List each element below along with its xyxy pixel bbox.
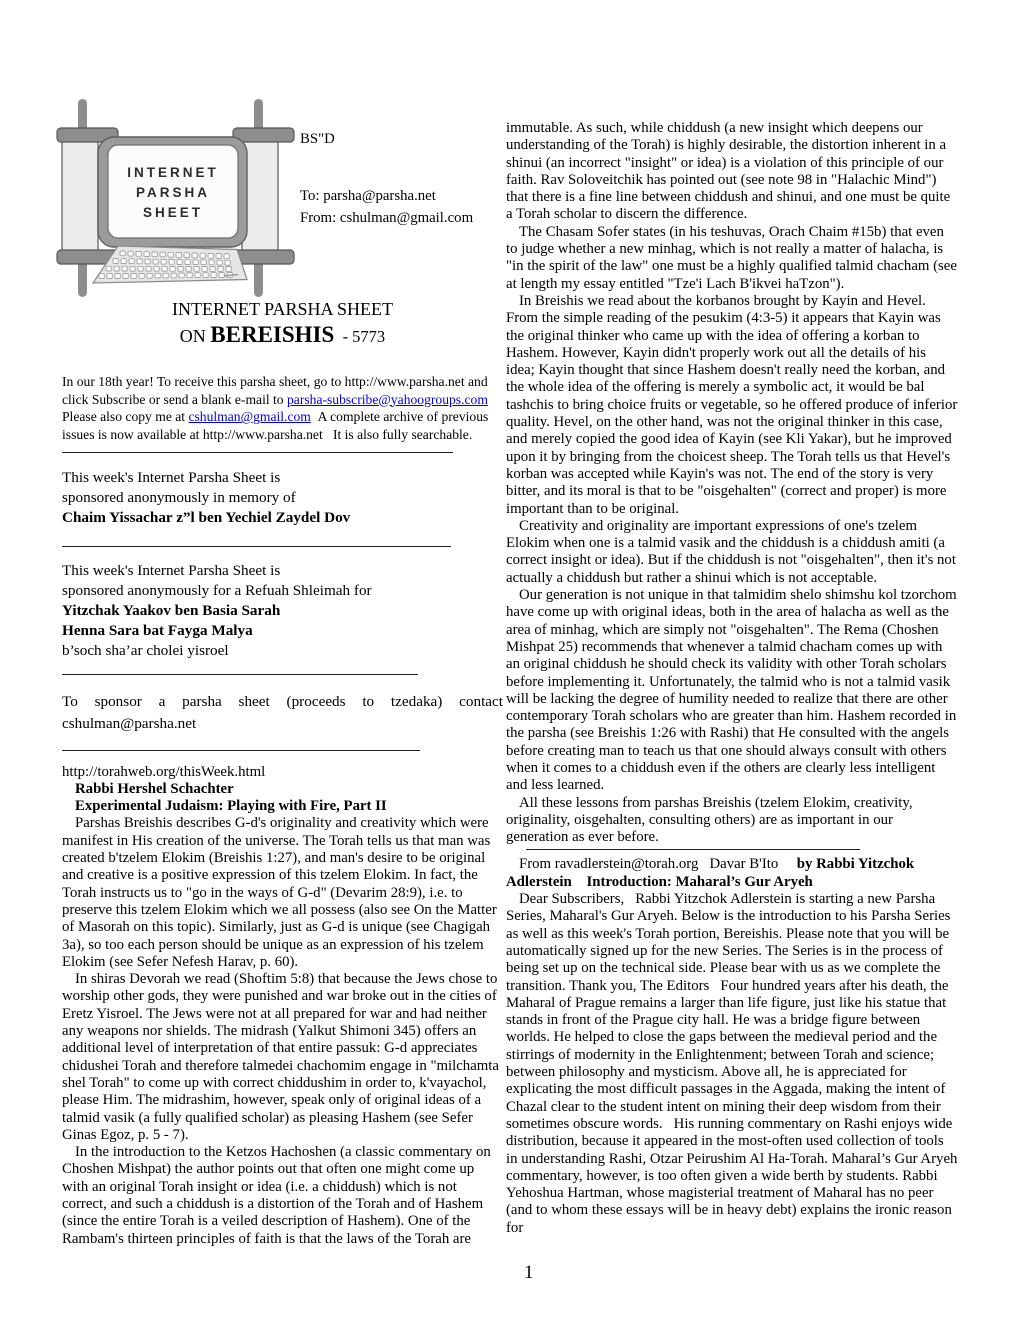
sponsor-line: sponsored anonymously for a Refuah Shlei… (62, 581, 503, 601)
sheet-title-line2: ON BEREISHIS - 5773 (62, 322, 503, 350)
title-parsha-name: BEREISHIS (210, 322, 334, 347)
sponsor-block-memory: This week's Internet Parsha Sheet is spo… (62, 468, 503, 528)
section-divider (526, 849, 860, 850)
section-divider (62, 674, 418, 675)
article2-header: From ravadlerstein@torah.org Davar B'Ito… (506, 856, 958, 891)
parsha-sheet-page: INTERNET PARSHA SHEET BS"D To: parsha@pa… (0, 0, 1020, 1320)
torah-scroll-left-roller (62, 140, 98, 252)
section-divider (62, 452, 453, 453)
article1-header: http://torahweb.org/thisWeek.html Rabbi … (62, 764, 503, 816)
to-line: To: parsha@parsha.net (300, 185, 473, 207)
title-year: - 5773 (334, 327, 385, 346)
sponsor-line: sponsored anonymously in memory of (62, 488, 503, 508)
subscribe-email-link[interactable]: parsha-subscribe@yahoogroups.com (287, 392, 488, 407)
article2-source: From ravadlerstein@torah.org Davar B'Ito (519, 856, 797, 872)
article-paragraph: In shiras Devorah we read (Shoftim 5:8) … (62, 971, 503, 1144)
article-paragraph: immutable. As such, while chiddush (a ne… (506, 120, 958, 224)
from-line: From: cshulman@gmail.com (300, 207, 473, 229)
article-paragraph: Creativity and originality are important… (506, 518, 958, 587)
right-column: immutable. As such, while chiddush (a ne… (506, 120, 958, 1237)
torah-scroll-right-bottom-cap (233, 250, 294, 264)
article1-source-url: http://torahweb.org/thisWeek.html (62, 764, 503, 781)
sponsor-line: This week's Internet Parsha Sheet is (62, 468, 503, 488)
article-paragraph: Dear Subscribers, Rabbi Yitzchok Adlerst… (506, 891, 958, 1237)
logo-text-sheet: SHEET (143, 205, 203, 220)
article1-body: Parshas Breishis describes G-d's origina… (62, 815, 503, 1247)
bsd-mark: BS"D (300, 131, 335, 148)
logo-text-parsha: PARSHA (136, 185, 210, 200)
masthead-header: INTERNET PARSHA SHEET BS"D To: parsha@pa… (62, 95, 503, 296)
article1-author: Rabbi Hershel Schachter (62, 781, 503, 798)
article-paragraph: Our generation is not unique in that tal… (506, 587, 958, 795)
article-paragraph: Parshas Breishis describes G-d's origina… (62, 815, 503, 971)
section-divider (62, 750, 420, 751)
sponsor-name: Henna Sara bat Fayga Malya (62, 621, 503, 641)
sponsor-name: Yitzchak Yaakov ben Basia Sarah (62, 601, 503, 621)
page-number: 1 (524, 1262, 534, 1284)
article-paragraph: In the introduction to the Ketzos Hachos… (62, 1144, 503, 1248)
sponsor-line: This week's Internet Parsha Sheet is (62, 561, 503, 581)
section-divider (62, 546, 451, 547)
subscribe-info: In our 18th year! To receive this parsha… (62, 373, 503, 443)
title-on: ON (180, 326, 211, 346)
article1-title: Experimental Judaism: Playing with Fire,… (62, 798, 503, 815)
copy-email-link[interactable]: cshulman@gmail.com (188, 409, 310, 424)
sponsor-name: Chaim Yissachar z”l ben Yechiel Zaydel D… (62, 508, 503, 528)
internet-parsha-sheet-logo: INTERNET PARSHA SHEET (56, 95, 296, 305)
sponsor-block-refuah: This week's Internet Parsha Sheet is spo… (62, 561, 503, 661)
article-paragraph: In Breishis we read about the korbanos b… (506, 293, 958, 518)
sponsor-line: b’soch sha’ar cholei yisroel (62, 641, 503, 661)
article-paragraph: The Chasam Sofer states (in his teshuvas… (506, 224, 958, 293)
sponsor-contact-info: To sponsor a parsha sheet (proceeds to t… (62, 691, 503, 734)
subscribe-text-2: Please also copy me at (62, 409, 188, 424)
torah-scroll-right-top-cap (233, 128, 294, 142)
to-from-block: To: parsha@parsha.net From: cshulman@gma… (300, 185, 473, 230)
logo-text-internet: INTERNET (127, 165, 219, 180)
article-paragraph: All these lessons from parshas Breishis … (506, 795, 958, 847)
left-column: INTERNET PARSHA SHEET BS"D To: parsha@pa… (62, 95, 503, 1248)
